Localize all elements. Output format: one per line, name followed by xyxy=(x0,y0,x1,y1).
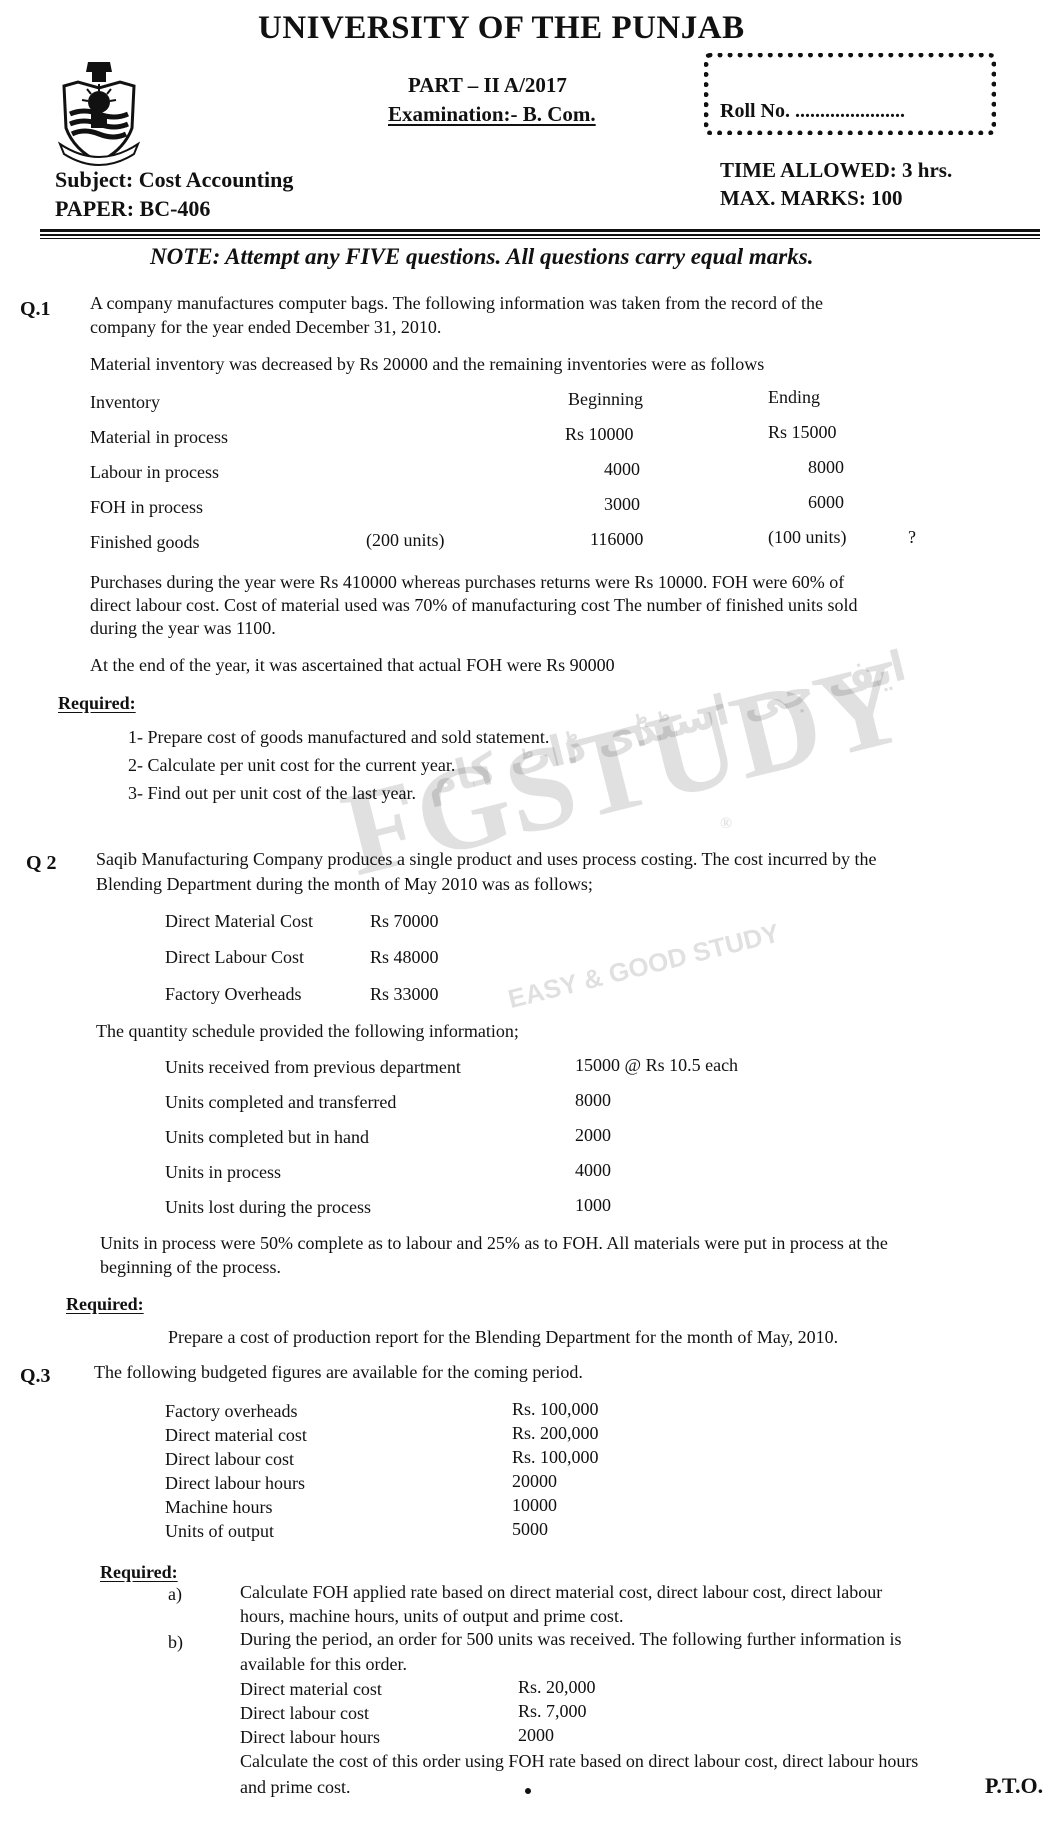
budget-value: 20000 xyxy=(512,1472,557,1490)
table-cell: ? xyxy=(908,528,916,546)
order-value: Rs. 7,000 xyxy=(518,1702,587,1720)
budget-value: Rs. 100,000 xyxy=(512,1448,599,1466)
order-value: Rs. 20,000 xyxy=(518,1678,596,1696)
schedule-label: Units received from previous department xyxy=(165,1058,461,1076)
required-heading: Required: xyxy=(66,1294,144,1315)
budget-label: Direct material cost xyxy=(165,1426,307,1444)
q2-paragraph: beginning of the process. xyxy=(100,1258,281,1276)
q3-part-b: Calculate the cost of this order using F… xyxy=(240,1752,918,1770)
watermark-tagline: EASY & GOOD STUDY xyxy=(505,918,783,1015)
table-cell: 116000 xyxy=(590,530,643,548)
table-header: Inventory xyxy=(90,393,160,411)
cost-label: Factory Overheads xyxy=(165,985,301,1003)
q1-actual-foh: At the end of the year, it was ascertain… xyxy=(90,656,615,674)
header-divider xyxy=(40,234,1040,236)
table-cell: (100 units) xyxy=(768,528,847,546)
budget-label: Machine hours xyxy=(165,1498,272,1516)
q3-part-a: hours, machine hours, units of output an… xyxy=(240,1607,623,1625)
paper-code: PAPER: BC-406 xyxy=(55,196,210,222)
q2-paragraph: Units in process were 50% complete as to… xyxy=(100,1234,888,1252)
required-item: 1- Prepare cost of goods manufactured an… xyxy=(128,728,549,746)
table-cell: Rs 10000 xyxy=(565,425,634,443)
cost-label: Direct Labour Cost xyxy=(165,948,304,966)
budget-label: Direct labour cost xyxy=(165,1450,294,1468)
budget-label: Direct labour hours xyxy=(165,1474,305,1492)
q1-intro: A company manufactures computer bags. Th… xyxy=(90,294,823,312)
schedule-label: Units lost during the process xyxy=(165,1198,371,1216)
order-value: 2000 xyxy=(518,1726,554,1744)
table-cell: (200 units) xyxy=(366,531,445,549)
budget-value: Rs. 100,000 xyxy=(512,1400,599,1418)
header-divider xyxy=(40,229,1040,232)
order-label: Direct labour cost xyxy=(240,1704,369,1722)
q2-intro: Saqib Manufacturing Company produces a s… xyxy=(96,850,877,868)
watermark-registered: ® xyxy=(720,815,732,833)
instructions-note: NOTE: Attempt any FIVE questions. All qu… xyxy=(150,244,813,270)
question-number: Q.3 xyxy=(20,1365,51,1388)
budget-label: Factory overheads xyxy=(165,1402,297,1420)
question-number: Q.1 xyxy=(20,298,51,321)
table-cell: 6000 xyxy=(808,493,844,511)
cost-value: Rs 70000 xyxy=(370,912,439,930)
q1-intro: company for the year ended December 31, … xyxy=(90,318,441,336)
exam-name: Examination:- B. Com. xyxy=(388,102,596,127)
q3-part-b: and prime cost. xyxy=(240,1778,350,1796)
required-item: Prepare a cost of production report for … xyxy=(168,1328,838,1346)
cost-label: Direct Material Cost xyxy=(165,912,313,930)
cost-value: Rs 48000 xyxy=(370,948,439,966)
cost-value: Rs 33000 xyxy=(370,985,439,1003)
table-cell: Material in process xyxy=(90,428,228,446)
budget-value: 10000 xyxy=(512,1496,557,1514)
schedule-value: 1000 xyxy=(575,1196,611,1214)
question-number: Q 2 xyxy=(26,852,57,875)
header-divider xyxy=(40,238,1040,239)
page-turn-over: P.T.O. xyxy=(985,1773,1043,1799)
required-heading: Required: xyxy=(100,1562,178,1583)
time-allowed: TIME ALLOWED: 3 hrs. xyxy=(720,158,952,183)
order-label: Direct labour hours xyxy=(240,1728,380,1746)
table-cell: FOH in process xyxy=(90,498,203,516)
table-header: Beginning xyxy=(568,390,643,408)
table-cell: Labour in process xyxy=(90,463,219,481)
q1-paragraph: Purchases during the year were Rs 410000… xyxy=(90,573,844,591)
table-cell: 4000 xyxy=(604,460,640,478)
required-heading: Required: xyxy=(58,693,136,714)
q3-part-b: available for this order. xyxy=(240,1655,407,1673)
required-item: 2- Calculate per unit cost for the curre… xyxy=(128,756,455,774)
schedule-label: Units in process xyxy=(165,1163,281,1181)
schedule-value: 2000 xyxy=(575,1126,611,1144)
table-cell: Finished goods xyxy=(90,533,200,551)
roll-number-label: Roll No. ...................... xyxy=(720,100,905,123)
subject-label: Subject: Cost Accounting xyxy=(55,167,293,193)
scan-artifact xyxy=(525,1788,531,1794)
university-title: UNIVERSITY OF THE PUNJAB xyxy=(258,10,745,47)
q2-intro: Blending Department during the month of … xyxy=(96,875,593,893)
schedule-value: 8000 xyxy=(575,1091,611,1109)
q3-intro: The following budgeted figures are avail… xyxy=(94,1363,583,1381)
item-label: b) xyxy=(168,1633,183,1651)
required-item: 3- Find out per unit cost of the last ye… xyxy=(128,784,416,802)
schedule-label: Units completed but in hand xyxy=(165,1128,369,1146)
table-cell: 8000 xyxy=(808,458,844,476)
budget-value: Rs. 200,000 xyxy=(512,1424,599,1442)
budget-label: Units of output xyxy=(165,1522,274,1540)
schedule-label: Units completed and transferred xyxy=(165,1093,396,1111)
schedule-value: 4000 xyxy=(575,1161,611,1179)
order-label: Direct material cost xyxy=(240,1680,382,1698)
schedule-value: 15000 @ Rs 10.5 each xyxy=(575,1056,738,1074)
table-cell: Rs 15000 xyxy=(768,423,837,441)
max-marks: MAX. MARKS: 100 xyxy=(720,186,903,211)
q1-paragraph: during the year was 1100. xyxy=(90,619,276,637)
item-label: a) xyxy=(168,1585,182,1603)
budget-value: 5000 xyxy=(512,1520,548,1538)
university-crest-icon xyxy=(58,58,140,170)
q2-schedule-intro: The quantity schedule provided the follo… xyxy=(96,1022,519,1040)
q1-inventory-note: Material inventory was decreased by Rs 2… xyxy=(90,355,764,373)
exam-part: PART – II A/2017 xyxy=(408,73,567,98)
table-header: Ending xyxy=(768,388,820,406)
q3-part-b: During the period, an order for 500 unit… xyxy=(240,1630,902,1648)
q3-part-a: Calculate FOH applied rate based on dire… xyxy=(240,1583,882,1601)
table-cell: 3000 xyxy=(604,495,640,513)
q1-paragraph: direct labour cost. Cost of material use… xyxy=(90,596,858,614)
